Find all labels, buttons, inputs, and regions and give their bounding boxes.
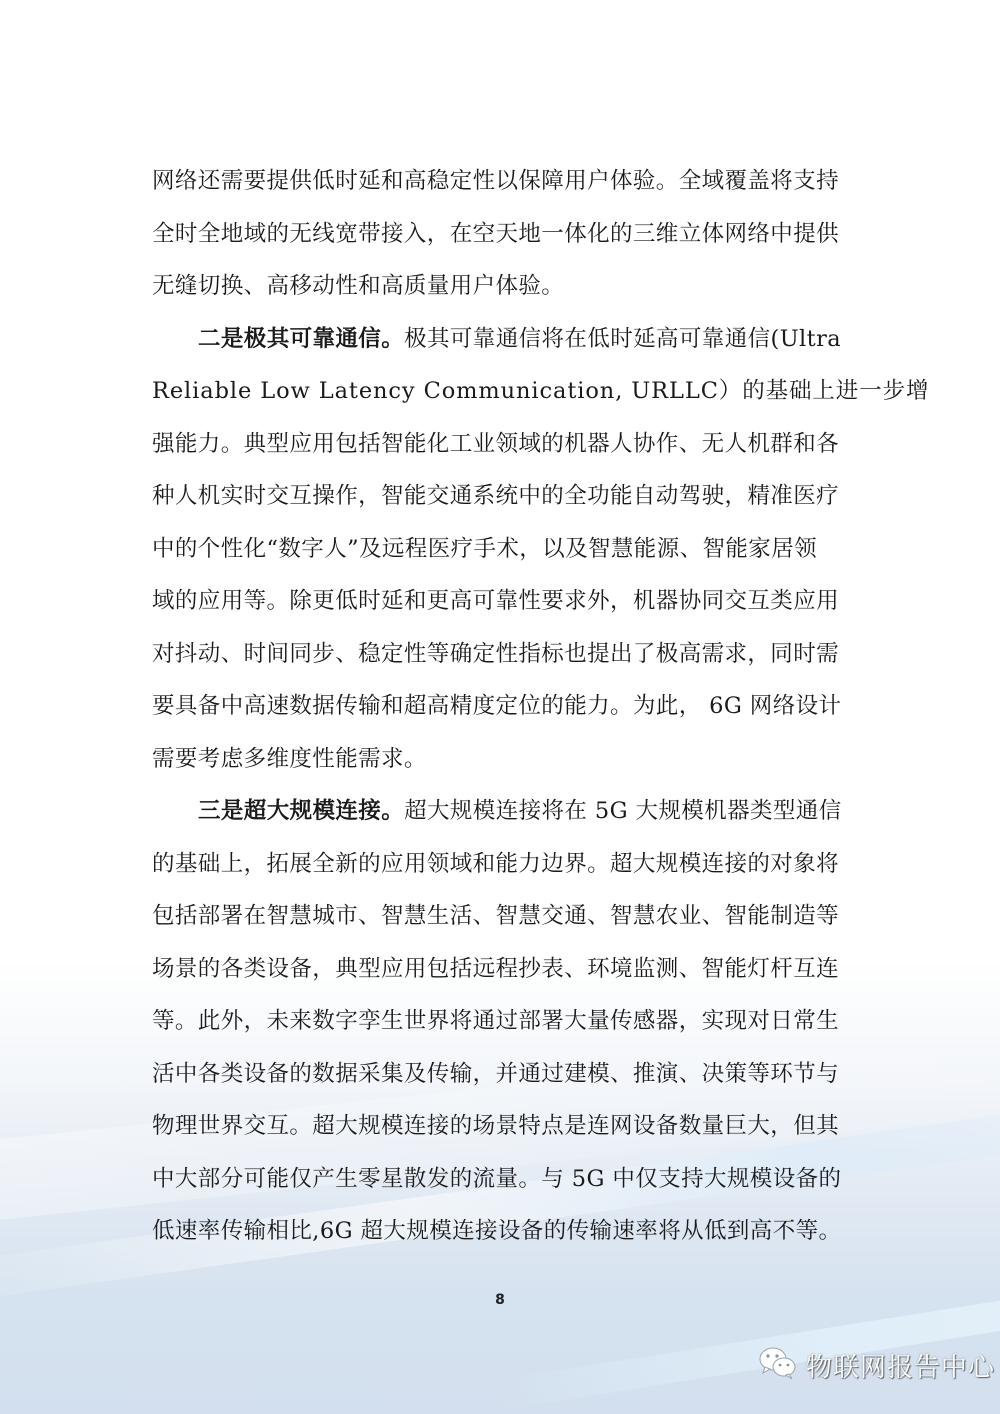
text-line: 三是超大规模连接。超大规模连接将在 5G 大规模机器类型通信: [152, 793, 848, 846]
line-text: 强能力。典型应用包括智能化工业领域的机器人协作、无人机群和各: [152, 431, 839, 457]
line-text: 的基础上，拓展全新的应用领域和能力边界。超大规模连接的对象将: [152, 851, 839, 877]
text-line: 物理世界交互。超大规模连接的场景特点是连网设备数量巨大，但其: [152, 1108, 848, 1161]
text-line: 的基础上，拓展全新的应用领域和能力边界。超大规模连接的对象将: [152, 846, 848, 899]
line-text: 极其可靠通信将在低时延高可靠通信(Ultra: [404, 326, 841, 352]
text-line: 活中各类设备的数据采集及传输，并通过建模、推演、决策等环节与: [152, 1056, 848, 1109]
line-text: 超大规模连接将在 5G 大规模机器类型通信: [404, 798, 842, 824]
text-line: 包括部署在智慧城市、智慧生活、智慧交通、智慧农业、智能制造等: [152, 898, 848, 951]
watermark-text: 物联网报告中心: [806, 1347, 995, 1384]
line-text: 包括部署在智慧城市、智慧生活、智慧交通、智慧农业、智能制造等: [152, 903, 839, 929]
text-line: 全时全地域的无线宽带接入，在空天地一体化的三维立体网络中提供: [152, 216, 848, 269]
text-line: 种人机实时交互操作，智能交通系统中的全功能自动驾驶，精准医疗: [152, 478, 848, 531]
line-text: 中大部分可能仅产生零星散发的流量。与 5G 中仅支持大规模设备的: [152, 1166, 841, 1192]
text-line: Reliable Low Latency Communication, URLL…: [152, 373, 848, 426]
paragraph-heading: 二是极其可靠通信。: [198, 326, 404, 352]
page-number: 8: [0, 1292, 1000, 1308]
watermark: 物联网报告中心: [758, 1345, 995, 1385]
text-line: 对抖动、时间同步、稳定性等确定性指标也提出了极高需求，同时需: [152, 636, 848, 689]
line-text: 场景的各类设备，典型应用包括远程抄表、环境监测、智能灯杆互连: [152, 956, 839, 982]
line-text: 活中各类设备的数据采集及传输，并通过建模、推演、决策等环节与: [152, 1061, 839, 1087]
text-line: 等。此外，未来数字孪生世界将通过部署大量传感器，实现对日常生: [152, 1003, 848, 1056]
paragraph: 网络还需要提供低时延和高稳定性以保障用户体验。全域覆盖将支持 全时全地域的无线宽…: [152, 163, 848, 321]
text-line: 需要考虑多维度性能需求。: [152, 741, 848, 794]
text-line: 场景的各类设备，典型应用包括远程抄表、环境监测、智能灯杆互连: [152, 951, 848, 1004]
text-line: 低速率传输相比,6G 超大规模连接设备的传输速率将从低到高不等。: [152, 1213, 848, 1266]
text-line: 网络还需要提供低时延和高稳定性以保障用户体验。全域覆盖将支持: [152, 163, 848, 216]
text-line: 中大部分可能仅产生零星散发的流量。与 5G 中仅支持大规模设备的: [152, 1161, 848, 1214]
text-line: 二是极其可靠通信。极其可靠通信将在低时延高可靠通信(Ultra: [152, 321, 848, 374]
wechat-icon: [758, 1346, 798, 1384]
line-text: 无缝切换、高移动性和高质量用户体验。: [152, 273, 564, 299]
line-text: 种人机实时交互操作，智能交通系统中的全功能自动驾驶，精准医疗: [152, 483, 839, 509]
line-text: 网络还需要提供低时延和高稳定性以保障用户体验。全域覆盖将支持: [152, 168, 839, 194]
line-text: 要具备中高速数据传输和超高精度定位的能力。为此， 6G 网络设计: [152, 693, 841, 719]
paragraph-heading: 三是超大规模连接。: [198, 798, 404, 824]
line-text: 对抖动、时间同步、稳定性等确定性指标也提出了极高需求，同时需: [152, 641, 839, 667]
document-body: 网络还需要提供低时延和高稳定性以保障用户体验。全域覆盖将支持 全时全地域的无线宽…: [152, 163, 848, 1266]
text-line: 无缝切换、高移动性和高质量用户体验。: [152, 268, 848, 321]
line-text: 等。此外，未来数字孪生世界将通过部署大量传感器，实现对日常生: [152, 1008, 839, 1034]
line-text: Reliable Low Latency Communication, URLL…: [152, 378, 929, 404]
paragraph: 三是超大规模连接。超大规模连接将在 5G 大规模机器类型通信 的基础上，拓展全新…: [152, 793, 848, 1266]
line-text: 全时全地域的无线宽带接入，在空天地一体化的三维立体网络中提供: [152, 221, 839, 247]
line-text: 需要考虑多维度性能需求。: [152, 746, 427, 772]
text-line: 要具备中高速数据传输和超高精度定位的能力。为此， 6G 网络设计: [152, 688, 848, 741]
line-text: 低速率传输相比,6G 超大规模连接设备的传输速率将从低到高不等。: [152, 1218, 841, 1244]
line-text: 物理世界交互。超大规模连接的场景特点是连网设备数量巨大，但其: [152, 1113, 839, 1139]
text-line: 强能力。典型应用包括智能化工业领域的机器人协作、无人机群和各: [152, 426, 848, 479]
line-text: 域的应用等。除更低时延和更高可靠性要求外，机器协同交互类应用: [152, 588, 839, 614]
line-text: 中的个性化“数字人”及远程医疗手术，以及智慧能源、智能家居领: [152, 536, 817, 562]
text-line: 中的个性化“数字人”及远程医疗手术，以及智慧能源、智能家居领: [152, 531, 848, 584]
text-line: 域的应用等。除更低时延和更高可靠性要求外，机器协同交互类应用: [152, 583, 848, 636]
paragraph: 二是极其可靠通信。极其可靠通信将在低时延高可靠通信(Ultra Reliable…: [152, 321, 848, 794]
